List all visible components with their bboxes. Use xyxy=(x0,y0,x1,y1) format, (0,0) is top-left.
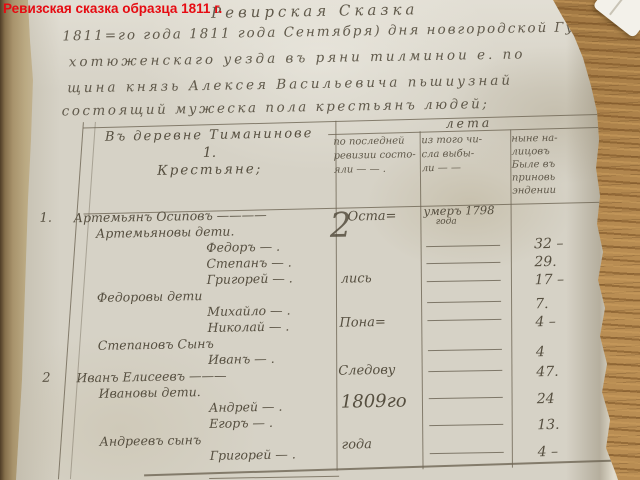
age-value: 47. xyxy=(536,364,559,380)
age-value: 29. xyxy=(534,254,557,270)
age-value: 13. xyxy=(537,417,560,433)
cell-dash xyxy=(430,452,504,454)
person-name: Григорей — . xyxy=(210,446,296,462)
person-name: Михайло — . xyxy=(207,303,291,319)
cell-dash xyxy=(428,370,502,372)
names-rows: 1.Артемьянъ Осиповъ ————Артемьяновы дети… xyxy=(37,206,351,467)
cell-dash xyxy=(426,245,500,247)
row-number: 1. xyxy=(39,211,52,226)
person-name: Григорей — . xyxy=(207,270,293,286)
cell-dash xyxy=(428,349,502,351)
person-name: Иванъ — . xyxy=(208,351,275,367)
revision-entry: 1809го xyxy=(341,391,407,413)
age-value: 17 – xyxy=(535,272,565,289)
cell-dash xyxy=(427,301,501,303)
person-name: Федоровы дети xyxy=(97,288,203,305)
revision-entry: Следову xyxy=(338,363,395,379)
person-name: Ивановы дети. xyxy=(99,384,201,401)
person-name: Николай — . xyxy=(207,319,289,335)
caption-overlay: Ревизская сказка образца 1811 г. xyxy=(3,1,228,17)
document-content: Ревирская Сказка 1811=го года 1811 года … xyxy=(0,0,640,480)
village-name: Въ деревне Тиманинове xyxy=(93,126,325,145)
revision-entry: года xyxy=(341,437,372,453)
cell-dash xyxy=(429,424,503,426)
revision-entry: Оста= xyxy=(347,209,396,225)
revision-entry: лись xyxy=(341,271,372,287)
table-bottom-line-2 xyxy=(209,476,339,479)
age-value: 4 xyxy=(536,344,545,360)
age-value: 32 – xyxy=(534,236,564,253)
person-name: Андрей — . xyxy=(209,399,283,415)
person-name: Федоръ — . xyxy=(206,239,280,255)
document-page: Ревирская Сказка 1811=го года 1811 года … xyxy=(0,0,640,480)
cell-dash xyxy=(427,319,501,321)
person-name: Андреевъ сынъ xyxy=(99,432,201,449)
cell-dash xyxy=(426,262,500,264)
person-name: Артемьяновы дети. xyxy=(96,223,235,240)
cell-dash xyxy=(427,280,501,282)
age-value: 24 xyxy=(537,391,555,407)
departed-column-dashes xyxy=(422,0,508,478)
age-value: 4 – xyxy=(538,444,559,460)
age-value: 4 – xyxy=(535,314,556,330)
person-name: Степановъ Сынъ xyxy=(98,336,214,353)
age-value: 7. xyxy=(535,296,549,312)
person-name: Степанъ — . xyxy=(206,254,292,270)
names-column-header: Въ деревне Тиманинове 1. Крестьяне; xyxy=(93,126,326,180)
revision-entry: Пона= xyxy=(339,315,386,331)
row-number: 2 xyxy=(42,371,51,386)
slide-photo: Ревирская Сказка 1811=го года 1811 года … xyxy=(0,0,640,480)
cell-dash xyxy=(429,397,503,399)
person-name: Иванъ Елисеевъ ——— xyxy=(76,368,226,386)
prev-revision-column: Оста=лисьПона=Следову1809гогода xyxy=(332,0,425,480)
person-name: Егоръ — . xyxy=(209,415,273,431)
peasants-label: Крестьяне; xyxy=(94,160,326,180)
header-line: 1811=го года 1811 года Сентября) дня нов… xyxy=(62,19,585,44)
